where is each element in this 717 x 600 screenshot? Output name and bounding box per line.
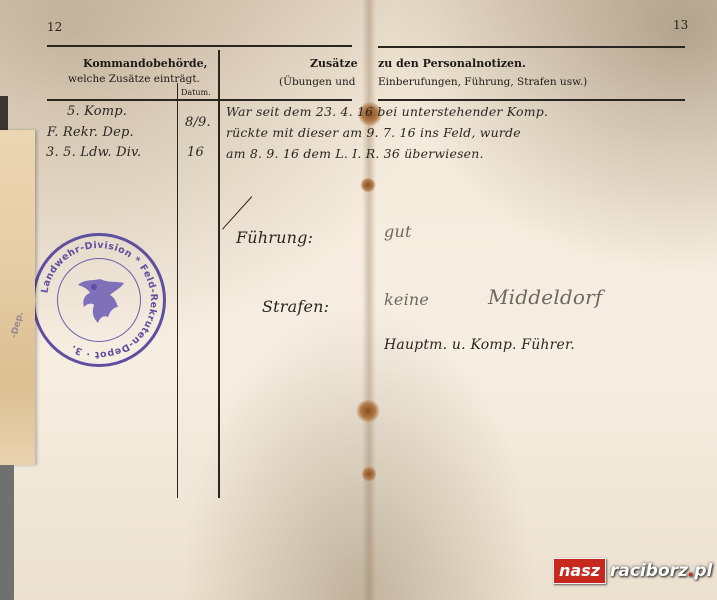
date-column-title: Datum.	[181, 88, 211, 97]
left-page-number: 12	[47, 20, 62, 34]
notes-column-title-left: Zusätze	[310, 57, 358, 70]
penalties-label: Strafen:	[262, 297, 329, 316]
note-line-2: rückte mit dieser am 9. 7. 16 ins Feld, …	[226, 125, 521, 140]
stamp-inner-ring	[57, 258, 141, 342]
authority-column-title: Kommandobehörde,	[83, 57, 207, 70]
header-top-rule-left	[47, 45, 352, 47]
date-line-1: 8/9.	[185, 115, 211, 130]
logo-nasz: nasz	[553, 558, 606, 584]
header-bottom-rule-left	[47, 99, 352, 101]
watermark-logo: nasz raciborz.pl	[553, 558, 712, 584]
signature-title: Hauptm. u. Komp. Führer.	[384, 337, 575, 353]
background-edge	[0, 465, 14, 600]
date-column-line	[177, 100, 178, 498]
authority-line-3: 3. 5. Ldw. Div.	[46, 145, 141, 160]
note-line-3: am 8. 9. 16 dem L. I. R. 36 überwiesen.	[226, 146, 484, 161]
note-line-1: War seit dem 23. 4. 16 bei unterstehende…	[226, 104, 548, 119]
flap-shadow	[0, 96, 8, 130]
logo-tld: pl	[694, 561, 712, 581]
conduct-label: Führung:	[236, 228, 313, 247]
date-line-2: 16	[187, 145, 204, 160]
flap-stamp-fragment: -Dep.	[9, 311, 26, 340]
authority-column-subtitle: welche Zusätze einträgt.	[68, 73, 200, 85]
diagonal-pen-stroke	[222, 196, 252, 229]
header-bottom-rule-right	[378, 99, 685, 101]
date-column-line	[177, 83, 178, 101]
penalties-value: keine	[384, 290, 429, 309]
notes-column-title-right: zu den Personalnotizen.	[378, 57, 526, 70]
signature: Middeldorf	[488, 285, 603, 309]
rust-stain	[362, 466, 376, 482]
document-spread: 12 13 Kommandobehörde, welche Zusätze ei…	[0, 0, 717, 600]
notes-column-line	[218, 50, 220, 498]
logo-raciborz: raciborz.pl	[606, 561, 712, 581]
notes-column-subtitle-right: Einberufungen, Führung, Strafen usw.)	[378, 76, 587, 88]
notes-column-subtitle-left: (Übungen und	[279, 76, 355, 88]
folded-page-flap: -Dep.	[0, 130, 35, 465]
authority-line-1: 5. Komp.	[67, 104, 127, 119]
book-spine	[362, 0, 376, 600]
conduct-value: gut	[384, 222, 412, 241]
rust-stain	[360, 178, 376, 192]
logo-raciborz-text: raciborz	[610, 561, 688, 581]
official-stamp: Landwehr-Division * Feld-Rekruten-Depot …	[32, 233, 166, 367]
right-page-number: 13	[673, 18, 688, 32]
eagle-icon	[70, 271, 130, 331]
authority-line-2: F. Rekr. Dep.	[47, 125, 134, 140]
header-top-rule-right	[378, 46, 685, 48]
rust-stain	[356, 400, 380, 422]
